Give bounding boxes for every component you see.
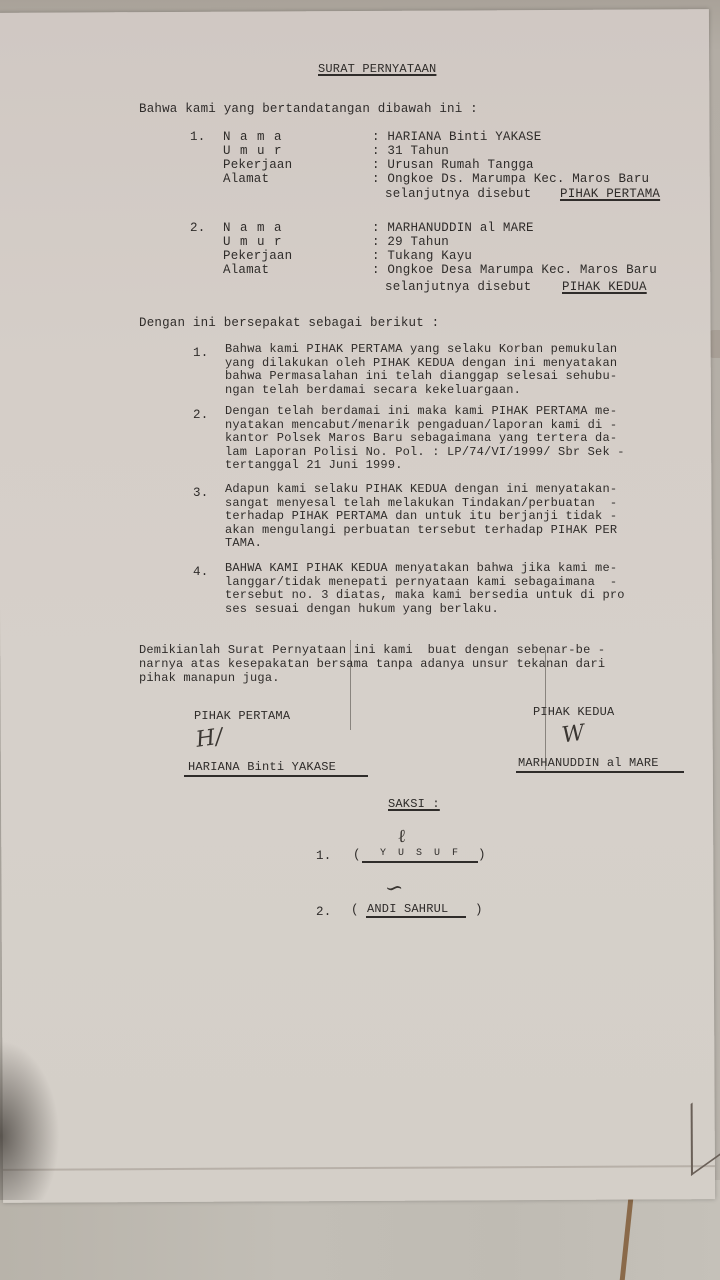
- closing-line: Demikianlah Surat Pernyataan ini kami bu…: [139, 643, 605, 657]
- witness-paren: ): [478, 848, 486, 862]
- clause-number: 2.: [193, 408, 208, 422]
- field-label: U m u r: [223, 144, 283, 158]
- clause-line: Bahwa kami PIHAK PERTAMA yang selaku Kor…: [225, 343, 617, 357]
- field-value-age: : 29 Tahun: [372, 235, 449, 249]
- clause-line: langgar/tidak menepati pernyataan kami s…: [225, 576, 625, 590]
- clause-number: 4.: [193, 565, 208, 579]
- clause-number: 3.: [193, 486, 208, 500]
- clause-text: Dengan telah berdamai ini maka kami PIHA…: [225, 405, 625, 473]
- clause-line: Dengan telah berdamai ini maka kami PIHA…: [225, 405, 625, 419]
- party-number: 1.: [190, 130, 205, 144]
- document-title: SURAT PERNYATAAN: [318, 62, 436, 76]
- handwritten-signature: H/: [194, 724, 224, 753]
- witness-name: Y U S U F: [380, 847, 461, 861]
- witness-paren: ): [475, 903, 483, 917]
- clause-line: Adapun kami selaku PIHAK KEDUA dengan in…: [225, 483, 617, 497]
- closing-paragraph: Demikianlah Surat Pernyataan ini kami bu…: [139, 643, 605, 685]
- clause-line: sangat menyesal telah melakukan Tindakan…: [225, 497, 617, 511]
- field-value-name: : MARHANUDDIN al MARE: [372, 221, 534, 235]
- clause-line: lam Laporan Polisi No. Pol. : LP/74/VI/1…: [225, 446, 625, 460]
- field-value-address: : Ongkoe Ds. Marumpa Kec. Maros Baru: [372, 172, 649, 186]
- witness-number: 1.: [316, 849, 331, 863]
- clause-text: Bahwa kami PIHAK PERTAMA yang selaku Kor…: [225, 343, 617, 397]
- field-value-address: : Ongkoe Desa Marumpa Kec. Maros Baru: [372, 263, 657, 277]
- designation-prefix: selanjutnya disebut: [385, 187, 531, 201]
- signature-underline: [516, 771, 684, 773]
- signatory-name: HARIANA Binti YAKASE: [188, 760, 336, 774]
- handwritten-signature: W: [560, 721, 586, 749]
- closing-line: narnya atas kesepakatan bersama tanpa ad…: [139, 657, 605, 671]
- signature-underline: [184, 775, 368, 777]
- field-value-occupation: : Tukang Kayu: [372, 249, 472, 263]
- witness-signature: ℓ: [397, 826, 408, 848]
- field-label: Alamat: [223, 263, 269, 277]
- signatory-name: MARHANUDDIN al MARE: [518, 756, 659, 770]
- clause-line: kantor Polsek Maros Baru sebagaimana yan…: [225, 432, 625, 446]
- field-label: U m u r: [223, 235, 283, 249]
- party-number: 2.: [190, 221, 205, 235]
- clause-line: bahwa Permasalahan ini telah dianggap se…: [225, 370, 617, 384]
- clause-text: Adapun kami selaku PIHAK KEDUA dengan in…: [225, 483, 617, 551]
- crease-mark: [350, 640, 351, 730]
- witness-heading: SAKSI :: [388, 797, 440, 811]
- agreement-intro: Dengan ini bersepakat sebagai berikut :: [139, 316, 439, 330]
- field-label: N a m a: [223, 221, 283, 235]
- clause-line: tertanggal 21 Juni 1999.: [225, 459, 625, 473]
- field-value-name: : HARIANA Binti YAKASE: [372, 130, 541, 144]
- field-label: Pekerjaan: [223, 249, 292, 263]
- statement-letter: SURAT PERNYATAAN Bahwa kami yang bertand…: [0, 0, 720, 1280]
- field-label: Pekerjaan: [223, 158, 292, 172]
- designation-prefix: selanjutnya disebut: [385, 280, 531, 294]
- clause-number: 1.: [193, 346, 208, 360]
- intro-text: Bahwa kami yang bertandatangan dibawah i…: [139, 102, 478, 116]
- witness-paren: (: [353, 848, 361, 862]
- field-label: N a m a: [223, 130, 283, 144]
- witness-underline: [366, 916, 466, 918]
- clause-line: ses sesuai dengan hukum yang berlaku.: [225, 603, 625, 617]
- clause-line: ngan telah berdamai secara kekeluargaan.: [225, 384, 617, 398]
- closing-line: pihak manapun juga.: [139, 671, 605, 685]
- clause-line: tersebut no. 3 diatas, maka kami bersedi…: [225, 589, 625, 603]
- witness-signature: ∽: [383, 875, 405, 902]
- party-designation: PIHAK PERTAMA: [560, 187, 660, 201]
- clause-line: yang dilakukan oleh PIHAK KEDUA dengan i…: [225, 357, 617, 371]
- clause-line: BAHWA KAMI PIHAK KEDUA menyatakan bahwa …: [225, 562, 625, 576]
- field-value-age: : 31 Tahun: [372, 144, 449, 158]
- crease-mark: [545, 650, 546, 770]
- clause-line: nyatakan mencabut/menarik pengaduan/lapo…: [225, 419, 625, 433]
- witness-underline: [362, 861, 478, 863]
- party-designation: PIHAK KEDUA: [562, 280, 647, 294]
- witness-paren: (: [351, 903, 359, 917]
- clause-line: TAMA.: [225, 537, 617, 551]
- field-value-occupation: : Urusan Rumah Tangga: [372, 158, 534, 172]
- clause-text: BAHWA KAMI PIHAK KEDUA menyatakan bahwa …: [225, 562, 625, 616]
- clause-line: terhadap PIHAK PERTAMA dan untuk itu ber…: [225, 510, 617, 524]
- witness-name: ANDI SAHRUL: [367, 902, 448, 916]
- signature-role: PIHAK PERTAMA: [194, 709, 290, 723]
- clause-line: akan mengulangi perbuatan tersebut terha…: [225, 524, 617, 538]
- field-label: Alamat: [223, 172, 269, 186]
- witness-number: 2.: [316, 905, 331, 919]
